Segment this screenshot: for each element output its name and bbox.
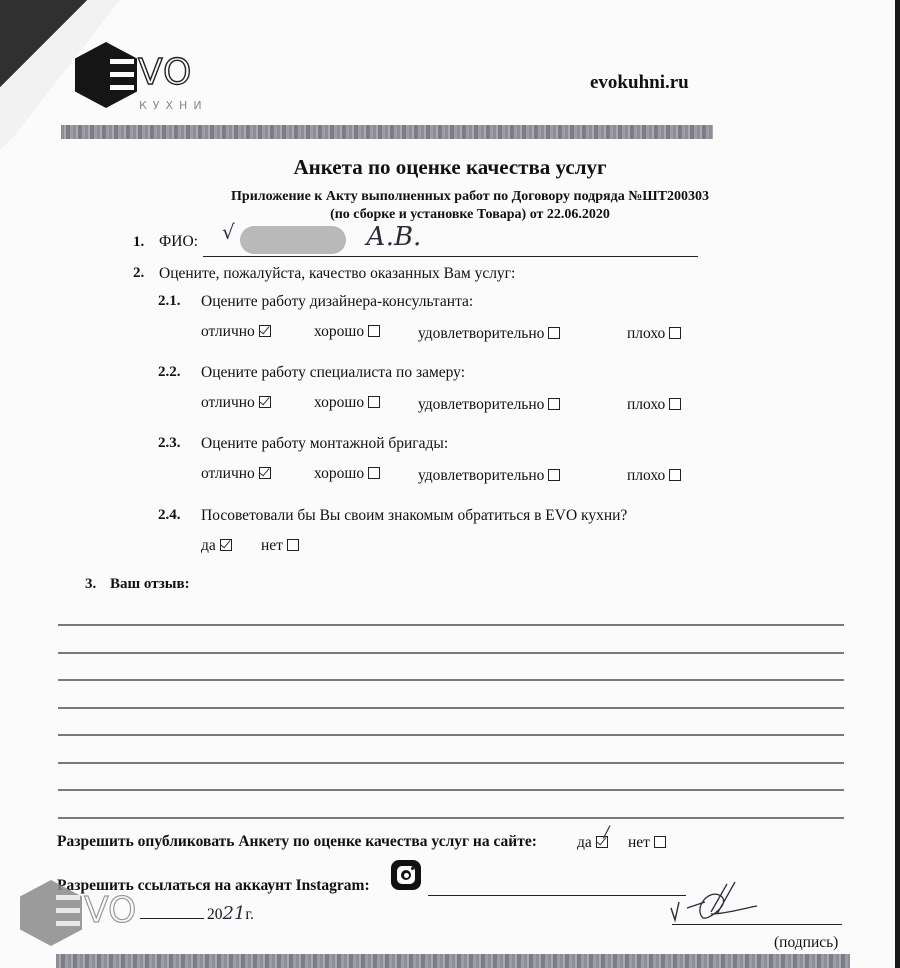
rating-checkbox[interactable] [669, 469, 681, 481]
recommend-option-yes[interactable]: да [201, 537, 232, 555]
publish-yes-handwritten-tick: / [604, 822, 609, 841]
publish-no-label: нет [628, 834, 650, 851]
rating-checkbox[interactable] [259, 325, 271, 337]
rating-option-label: отлично [201, 394, 255, 411]
rating-option[interactable]: хорошо [314, 394, 380, 412]
q2-number: 2. [133, 265, 144, 282]
rating-option[interactable]: отлично [201, 465, 271, 483]
survey-document: VO КУХНИ evokuhni.ru Анкета по оценке ка… [0, 0, 900, 968]
rating-checkbox[interactable] [259, 467, 271, 479]
publish-yes-label: да [577, 834, 592, 851]
subtitle-line-2: (по сборке и установке Товара) от 22.06.… [160, 206, 780, 224]
rating-option-label: плохо [627, 325, 665, 342]
rating-option[interactable]: хорошо [314, 323, 380, 341]
rating-option-label: хорошо [314, 323, 364, 340]
instagram-account-field[interactable] [428, 895, 686, 896]
publish-option-no[interactable]: нет [628, 834, 666, 852]
rating-option-label: отлично [201, 465, 255, 482]
rating-number: 2.2. [158, 364, 181, 381]
rating-option[interactable]: хорошо [314, 465, 380, 483]
handwritten-signature [665, 878, 775, 928]
date-field-line[interactable] [140, 918, 204, 919]
rating-checkbox[interactable] [669, 398, 681, 410]
recommend-option-no[interactable]: нет [261, 537, 299, 555]
year-suffix: г. [245, 906, 253, 923]
logo-wordmark: VO [138, 52, 192, 93]
review-line[interactable] [58, 707, 844, 709]
rating-checkbox[interactable] [368, 325, 380, 337]
rating-option[interactable]: удовлетворительно [418, 396, 560, 414]
rating-question: Оцените работу монтажной бригады: [201, 435, 448, 453]
rating-question: Оцените работу специалиста по замеру: [201, 364, 465, 382]
recommend-no-label: нет [261, 537, 283, 554]
fio-checkmark: √ [222, 220, 235, 244]
year-handwritten[interactable]: 21 [223, 903, 246, 924]
instagram-icon [391, 860, 421, 890]
rating-option[interactable]: отлично [201, 323, 271, 341]
rating-checkbox[interactable] [548, 327, 560, 339]
rating-checkbox[interactable] [259, 396, 271, 408]
footer-divider [56, 954, 850, 968]
year-prefix: 20 [207, 906, 223, 923]
recommend-number: 2.4. [158, 507, 181, 524]
document-title: Анкета по оценке качества услуг [0, 155, 900, 180]
header-divider [61, 125, 713, 139]
rating-option-label: хорошо [314, 394, 364, 411]
logo-subtitle: КУХНИ [139, 99, 208, 112]
recommend-yes-label: да [201, 537, 216, 554]
website-url: evokuhni.ru [590, 72, 689, 94]
rating-option-label: отлично [201, 323, 255, 340]
rating-option[interactable]: удовлетворительно [418, 325, 560, 343]
rating-option[interactable]: плохо [627, 325, 681, 343]
rating-option[interactable]: отлично [201, 394, 271, 412]
signature-caption: (подпись) [774, 934, 838, 952]
review-line[interactable] [58, 624, 844, 626]
rating-checkbox[interactable] [548, 398, 560, 410]
rating-option-label: хорошо [314, 465, 364, 482]
publish-label: Разрешить опубликовать Анкету по оценке … [57, 833, 537, 851]
rating-checkbox[interactable] [368, 467, 380, 479]
review-line[interactable] [58, 734, 844, 736]
review-line[interactable] [58, 762, 844, 764]
rating-option[interactable]: плохо [627, 396, 681, 414]
fio-label: ФИО: [159, 233, 198, 251]
q2-text: Оцените, пожалуйста, качество оказанных … [159, 265, 515, 283]
fio-handwritten-initials[interactable]: А.В. [366, 222, 421, 252]
rating-number: 2.1. [158, 293, 181, 310]
rating-option[interactable]: плохо [627, 467, 681, 485]
rating-checkbox[interactable] [669, 327, 681, 339]
review-line[interactable] [58, 789, 844, 791]
review-label: Ваш отзыв: [110, 576, 190, 593]
fio-field-line [203, 256, 698, 257]
fio-number: 1. [133, 234, 144, 251]
fio-redacted-name [240, 226, 346, 254]
date-year: 2021г. [207, 903, 254, 924]
rating-option-label: плохо [627, 467, 665, 484]
document-subtitle: Приложение к Акту выполненных работ по Д… [160, 188, 780, 224]
rating-question: Оцените работу дизайнера-консультанта: [201, 293, 473, 311]
rating-option-label: плохо [627, 396, 665, 413]
subtitle-line-1: Приложение к Акту выполненных работ по Д… [160, 188, 780, 206]
watermark-wordmark: VO [84, 890, 136, 931]
rating-checkbox[interactable] [368, 396, 380, 408]
rating-option-label: удовлетворительно [418, 396, 544, 413]
review-number: 3. [85, 576, 96, 593]
rating-number: 2.3. [158, 435, 181, 452]
rating-option[interactable]: удовлетворительно [418, 467, 560, 485]
recommend-no-checkbox[interactable] [287, 539, 299, 551]
review-line[interactable] [58, 817, 844, 819]
rating-option-label: удовлетворительно [418, 467, 544, 484]
rating-checkbox[interactable] [548, 469, 560, 481]
publish-no-checkbox[interactable] [654, 836, 666, 848]
rating-option-label: удовлетворительно [418, 325, 544, 342]
review-line[interactable] [58, 652, 844, 654]
recommend-yes-checkbox[interactable] [220, 539, 232, 551]
review-line[interactable] [58, 679, 844, 681]
recommend-question: Посоветовали бы Вы своим знакомым обрати… [201, 507, 627, 525]
